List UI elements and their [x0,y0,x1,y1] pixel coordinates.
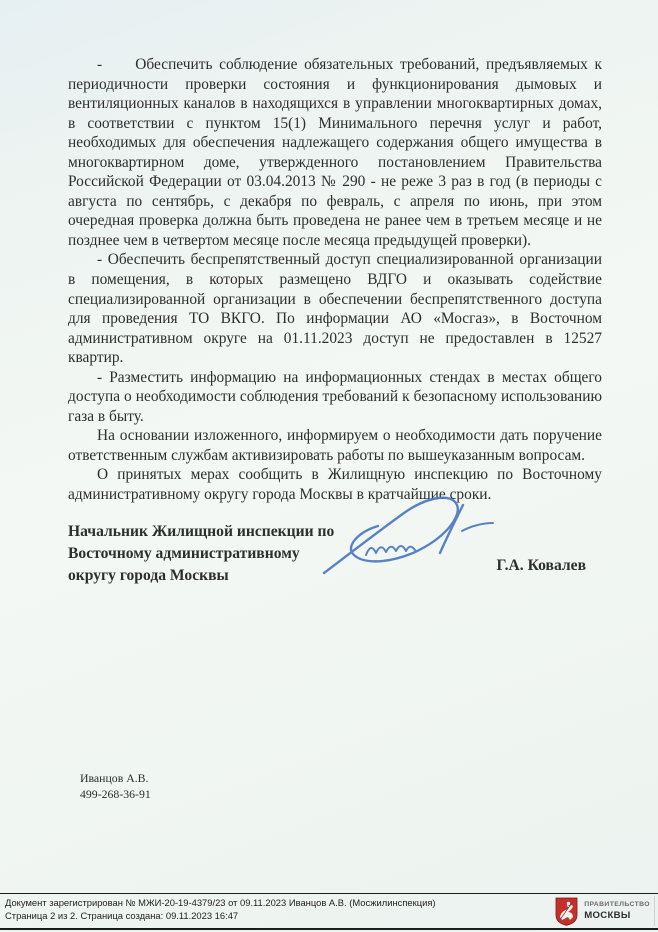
logo-org-line2: МОСКВЫ [584,910,650,921]
paragraph-vdgo-access: - Обеспечить беспрепятственный доступ сп… [68,250,602,367]
footer-text: Документ зарегистрирован № МЖИ-20-19-437… [0,894,436,928]
letter-body: - Обеспечить соблюдение обязательных тре… [68,55,602,505]
paragraph-info-stands: - Разместить информацию на информационны… [68,368,602,427]
signatory-name: Г.А. Ковалев [496,557,586,575]
logo-text: ПРАВИТЕЛЬСТВО МОСКВЫ [584,901,650,921]
paragraph-conclusion: На основании изложенного, информируем о … [68,426,602,465]
logo-org-line1: ПРАВИТЕЛЬСТВО [584,901,650,910]
registration-footer: Документ зарегистрирован № МЖИ-20-19-437… [0,893,658,930]
handwritten-signature-icon [318,487,504,589]
position-line-2: Восточному административному [68,543,334,565]
registration-line: Документ зарегистрирован № МЖИ-20-19-437… [5,897,436,910]
executor-contact: Иванцов А.В. 499-268-36-91 [80,770,151,802]
paragraph-flue-vent-inspection: - Обеспечить соблюдение обязательных тре… [68,55,602,250]
executor-name: Иванцов А.В. [80,770,151,786]
position-line-3: округу города Москвы [68,565,334,587]
moscow-coat-of-arms-icon [555,897,578,926]
position-line-1: Начальник Жилищной инспекции по [68,521,334,543]
moscow-government-logo: ПРАВИТЕЛЬСТВО МОСКВЫ [555,894,658,928]
signatory-position: Начальник Жилищной инспекции по Восточно… [68,521,334,586]
executor-phone: 499-268-36-91 [80,786,151,802]
page-info-line: Страница 2 из 2. Страница создана: 09.11… [5,910,436,923]
scanned-letter-page: - Обеспечить соблюдение обязательных тре… [0,0,658,932]
